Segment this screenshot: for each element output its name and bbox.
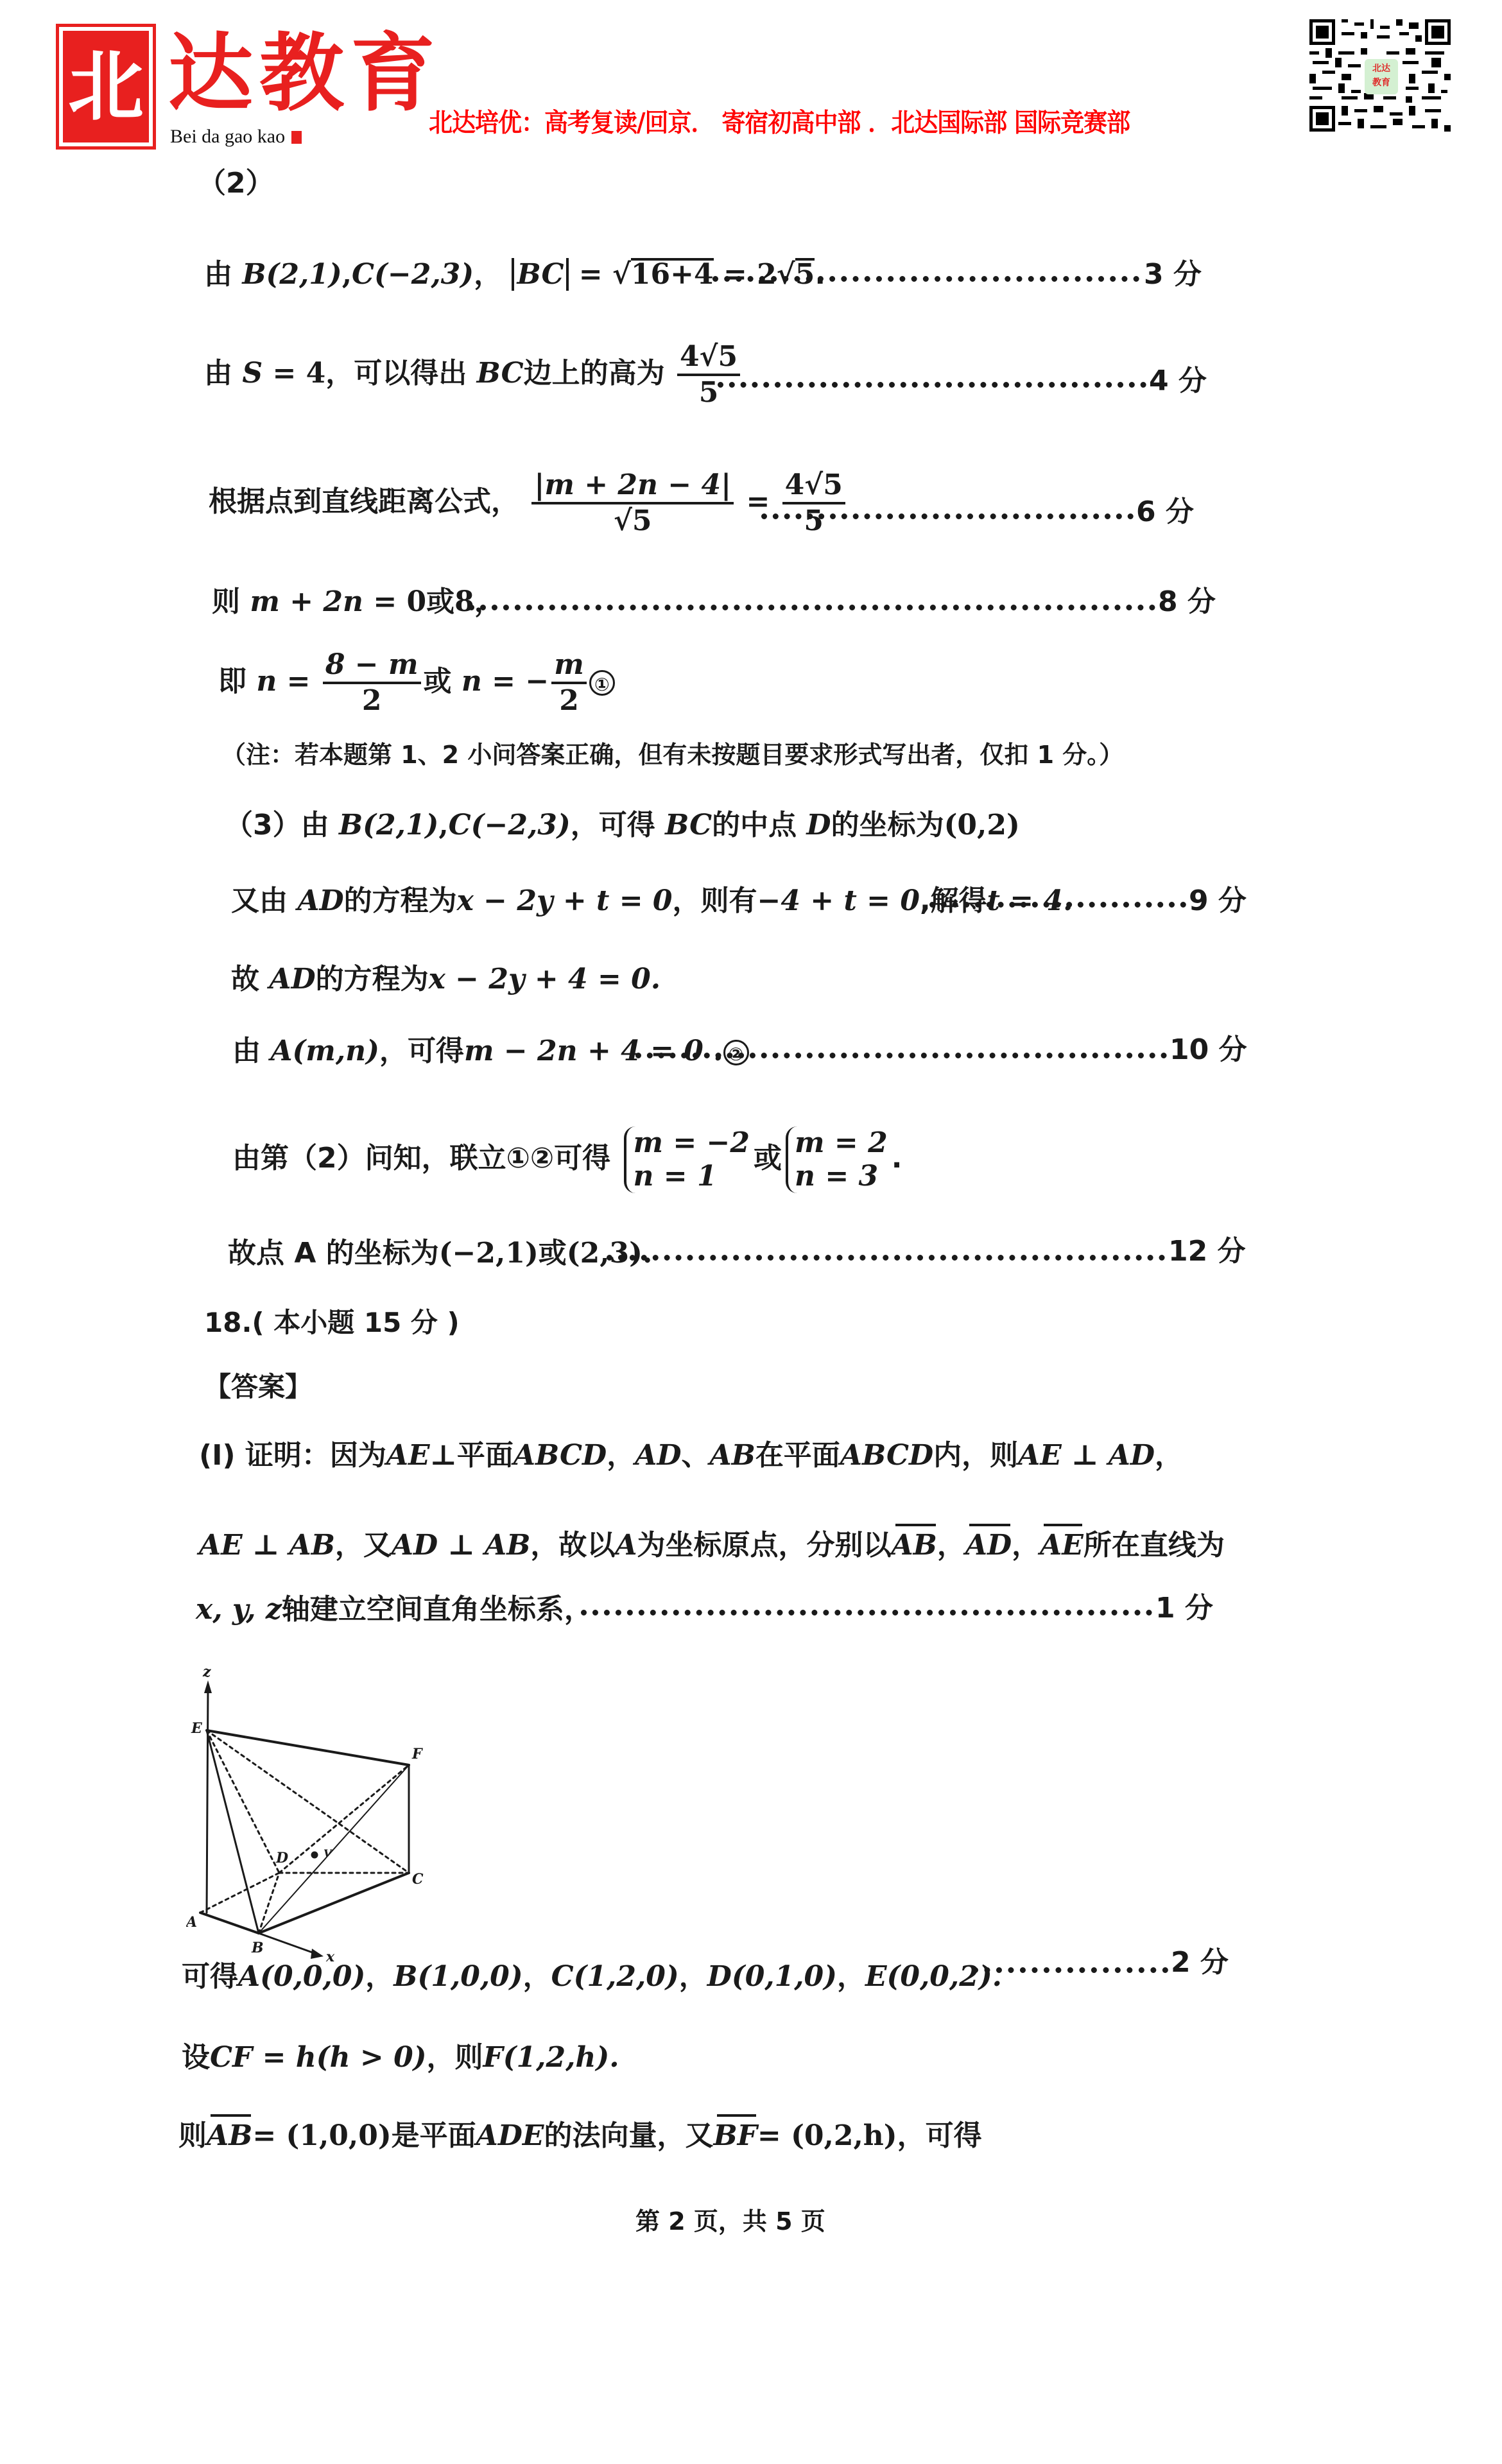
math: ABCD: [514, 1439, 607, 1472]
fraction: 4√55: [782, 469, 845, 538]
q18-line2: AE ⊥ AB，又AD ⊥ AB，故以A为坐标原点，分别以AB，AD，AE所在直…: [199, 1528, 1225, 1564]
numerator: 4√5: [782, 469, 845, 504]
part2-heading: （2）: [198, 166, 274, 202]
math: A: [615, 1529, 637, 1562]
math: =: [579, 258, 603, 291]
math: ABCD: [840, 1439, 933, 1472]
axis-label-z: z: [202, 1664, 211, 1680]
text: 根据点到直线距离公式，: [209, 485, 519, 518]
text: 的法向量，又: [544, 2119, 713, 2152]
text: 则: [212, 585, 240, 618]
math: F(1,2,h).: [483, 2041, 619, 2074]
equation-system: m = 2n = 3: [786, 1126, 888, 1193]
geometry-diagram: z E F D V C A B x: [186, 1662, 443, 1964]
logo-name: 达教育: [168, 26, 442, 122]
text: （3）由: [225, 809, 329, 841]
score-label: 6 分: [1136, 494, 1194, 530]
score-leader-dots: [469, 605, 1155, 610]
math: 5: [795, 258, 815, 289]
text: ，可以得出: [325, 357, 467, 390]
text: 轴建立空间直角坐标系，: [282, 1593, 592, 1626]
part3-line2: 又由 AD的方程为x − 2y + t = 0，则有−4 + t = 0,解得t…: [231, 883, 1073, 919]
text: ，: [837, 1960, 865, 1993]
math: C(1,2,0): [551, 1960, 679, 1993]
score-leader-dots: [972, 1967, 1168, 1973]
math: (2,3).: [567, 1237, 653, 1270]
part3-line6: 故点 A 的坐标为(−2,1)或(2,3).: [228, 1236, 652, 1271]
math: ⊥: [430, 1439, 457, 1472]
part2-line4: 则 m + 2n = 0或8，: [212, 584, 503, 620]
math: CF = h(h > 0): [210, 2041, 427, 2074]
part3-line3: 故 AD的方程为x − 2y + 4 = 0.: [231, 961, 660, 997]
text: 设: [182, 2041, 210, 2074]
text: ，可得: [379, 1035, 464, 1067]
math: m − 2n + 4 = 0 .: [464, 1035, 723, 1067]
text: 故: [231, 963, 259, 995]
qr-label-line: 教育: [1365, 76, 1398, 90]
text: ，: [1155, 1439, 1183, 1472]
text: 由: [232, 1035, 261, 1067]
text: 所在直线为: [1083, 1529, 1225, 1562]
equation: n = 1: [633, 1160, 750, 1193]
score-leader-dots: [607, 1255, 1165, 1261]
text: 或: [539, 1237, 567, 1270]
text: 平面: [457, 1439, 514, 1472]
text: 是平面: [392, 2119, 476, 2152]
math: AD ⊥ AB: [392, 1529, 531, 1562]
math: −4 + t = 0: [757, 884, 920, 917]
q18-line1: (Ⅰ) 证明：因为AE⊥平面ABCD，AD、AB在平面ABCD内，则AE ⊥ A…: [199, 1438, 1183, 1474]
text: ,解得: [920, 884, 987, 917]
math: 16+4: [631, 258, 714, 289]
math: C(−2,3): [352, 258, 474, 291]
math: AD: [635, 1439, 681, 1472]
fraction: |m + 2n − 4|√5: [531, 469, 734, 538]
math: S: [242, 357, 263, 390]
math: n =: [256, 665, 310, 698]
text: 在平面: [755, 1439, 840, 1472]
math: BC: [477, 357, 524, 390]
math: (0,2): [944, 809, 1020, 841]
equation: m = 2: [795, 1126, 888, 1160]
math: = (0,2,h): [757, 2119, 897, 2152]
logo-pinyin-text: Bei da gao kao: [170, 126, 285, 147]
text: 为坐标原点，分别以: [637, 1529, 892, 1562]
point-label-a: A: [186, 1914, 197, 1931]
red-square-icon: [291, 131, 302, 144]
point-label-d: D: [275, 1850, 288, 1866]
math: t = 4.: [987, 884, 1073, 917]
fraction: 4√55: [677, 340, 740, 409]
math: BC: [665, 809, 712, 841]
text: ，可得: [571, 809, 655, 841]
text: 或: [754, 1142, 782, 1175]
math: A(0,0,0): [238, 1960, 365, 1993]
text: 则: [178, 2119, 207, 2152]
text: ，: [474, 258, 502, 291]
logo-mark-char: 北: [68, 49, 144, 125]
question-18-heading: 18.( 本小题 15 分 ): [204, 1305, 460, 1341]
vector: BF: [713, 2118, 757, 2154]
math: = 0或8，: [373, 585, 502, 618]
math: = 2: [723, 258, 777, 291]
math: (−2,1): [439, 1237, 539, 1270]
text: 由第（2）问知，联立: [232, 1142, 506, 1175]
math: x − 2y + t = 0: [457, 884, 673, 917]
math: AB: [709, 1439, 755, 1472]
math: B(2,1): [242, 258, 341, 291]
score-leader-dots: [718, 382, 1146, 388]
text: 可得: [182, 1960, 238, 1993]
vector: AD: [965, 1528, 1012, 1564]
math: AE: [386, 1439, 430, 1472]
math: AE ⊥ AB: [199, 1529, 335, 1562]
equation: m = −2: [633, 1126, 750, 1160]
text: 、: [681, 1439, 709, 1472]
math: BC: [512, 258, 569, 291]
score-label: 3 分: [1144, 257, 1202, 293]
text: ，: [523, 1960, 551, 1993]
math: D(0,1,0): [707, 1960, 837, 1993]
text: 可得: [554, 1142, 610, 1175]
score-label: 12 分: [1168, 1234, 1246, 1270]
text: 的中点: [712, 809, 797, 841]
math: m + 2n: [250, 585, 363, 618]
q18-line6: 则AB= (1,0,0)是平面ADE的法向量，又BF= (0,2,h)，可得: [178, 2118, 982, 2154]
text: 故点 A 的坐标为: [228, 1237, 439, 1270]
text: ，可得: [897, 2119, 982, 2152]
text: 的方程为: [344, 884, 457, 917]
vector: AB: [892, 1528, 937, 1564]
denominator: 5: [782, 504, 845, 538]
math: A(m,n): [270, 1035, 379, 1067]
text: ，又: [335, 1529, 392, 1562]
page-number: 第 2 页，共 5 页: [635, 2206, 825, 2237]
vector: AB: [207, 2118, 252, 2154]
score-leader-dots: [761, 513, 1134, 519]
score-label: 8 分: [1158, 584, 1216, 620]
math: B(2,1): [339, 809, 438, 841]
answer-label: 【答案】: [204, 1369, 312, 1405]
math: ,: [342, 258, 352, 291]
score-label: 1 分: [1155, 1590, 1213, 1626]
text: 边上的高为: [524, 357, 665, 390]
point-label-b: B: [251, 1940, 264, 1956]
math: B(1,0,0): [393, 1960, 522, 1993]
text: ，: [607, 1439, 635, 1472]
vector: AE: [1040, 1528, 1083, 1564]
text: 的方程为: [316, 963, 429, 995]
q18-line3: x, y, z轴建立空间直角坐标系，: [196, 1592, 592, 1628]
point-label-f: F: [411, 1746, 423, 1762]
text: 由: [204, 357, 232, 390]
math: AD: [269, 963, 315, 995]
text: ，故以: [530, 1529, 615, 1562]
solid-figure-icon: z E F D V C A B x: [186, 1662, 443, 1964]
math: E(0,0,2).: [865, 1960, 1002, 1993]
text: 内，则: [933, 1439, 1018, 1472]
equation-system: m = −2n = 1: [624, 1126, 750, 1193]
text: 又由: [231, 884, 288, 917]
math: x − 2y + 4 = 0.: [429, 963, 660, 995]
math: ,: [438, 809, 448, 841]
math: = (1,0,0): [252, 2119, 391, 2152]
score-leader-dots: [581, 1610, 1152, 1615]
text: 的坐标为: [831, 809, 944, 841]
numerator: |m + 2n − 4|: [531, 469, 734, 504]
math: = 4: [272, 357, 325, 390]
point-label-e: E: [191, 1720, 203, 1737]
text: .: [892, 1142, 902, 1175]
logo-pinyin: Bei da gao kao: [170, 126, 302, 148]
score-label: 4 分: [1149, 363, 1207, 399]
point-label-c: C: [412, 1871, 424, 1888]
score-leader-dots: [929, 902, 1186, 908]
score-label: 2 分: [1171, 1945, 1229, 1981]
score-leader-dots: [712, 276, 1139, 282]
math: AE ⊥ AD: [1018, 1439, 1155, 1472]
text: ，则有: [673, 884, 757, 917]
text: ，: [679, 1960, 707, 1993]
denominator: √5: [531, 504, 734, 538]
denominator: 5: [677, 376, 740, 409]
score-label: 10 分: [1170, 1032, 1247, 1068]
circled-number: ①: [589, 670, 615, 696]
point-label-v: V: [324, 1847, 332, 1859]
numerator: 8 − m: [323, 648, 421, 684]
math: D: [806, 809, 831, 841]
text: 即: [218, 665, 246, 698]
q18-line4: 可得A(0,0,0)，B(1,0,0)，C(1,2,0)，D(0,1,0)，E(…: [182, 1959, 1002, 1995]
denominator: 2: [323, 684, 421, 718]
part2-line3: 根据点到直线距离公式， |m + 2n − 4|√5 = 4√55: [209, 469, 848, 538]
qr-code[interactable]: 北达教育: [1309, 19, 1451, 132]
score-leader-dots: [635, 1053, 1167, 1058]
part2-line1: 由 B(2,1),C(−2,3)， BC = √16+4 = 2√5.: [204, 257, 825, 293]
text: ，: [937, 1529, 965, 1562]
fraction: m2: [551, 648, 587, 718]
part3-line1: （3）由 B(2,1),C(−2,3)，可得 BC的中点 D的坐标为(0,2): [225, 807, 1020, 843]
fraction: 8 − m2: [323, 648, 421, 718]
text: (Ⅰ) 证明：因为: [199, 1439, 386, 1472]
part2-line2: 由 S = 4，可以得出 BC边上的高为 4√55: [204, 340, 743, 409]
text: 由: [204, 258, 232, 291]
part3-line4: 由 A(m,n)，可得m − 2n + 4 = 0 .②: [232, 1033, 749, 1069]
text: .: [815, 258, 825, 291]
text: ，: [1012, 1529, 1040, 1562]
math: ADE: [476, 2119, 544, 2152]
denominator: 2: [551, 684, 587, 718]
grading-note: （注：若本题第 1、2 小问答案正确，但有未按题目要求形式写出者，仅扣 1 分。…: [221, 737, 1123, 773]
q18-line5: 设CF = h(h > 0)，则F(1,2,h).: [182, 2040, 619, 2076]
math: x, y, z: [196, 1593, 282, 1626]
qr-center-label: 北达教育: [1365, 59, 1398, 94]
math: AD: [297, 884, 343, 917]
circled-numbers: ①②: [506, 1142, 555, 1175]
equation: n = 3: [795, 1160, 888, 1193]
numerator: 4√5: [677, 340, 740, 376]
part2-line5: 即 n = 8 − m2或 n = −m2①: [218, 648, 615, 718]
text: ，: [365, 1960, 393, 1993]
qr-label-line: 北达: [1365, 62, 1398, 76]
text: 或: [424, 665, 452, 698]
logo-mark: 北: [59, 27, 153, 146]
header-tagline: 北达培优：高考复读/回京． 寄宿初高中部 ．北达国际部 国际竞赛部: [429, 108, 1130, 139]
math: C(−2,3): [449, 809, 571, 841]
score-label: 9 分: [1189, 883, 1247, 919]
numerator: m: [551, 648, 587, 684]
text: ，则: [427, 2041, 483, 2074]
math: n = −: [462, 665, 549, 698]
part3-line5: 由第（2）问知，联立①②可得 m = −2n = 1或m = 2n = 3.: [232, 1126, 902, 1193]
